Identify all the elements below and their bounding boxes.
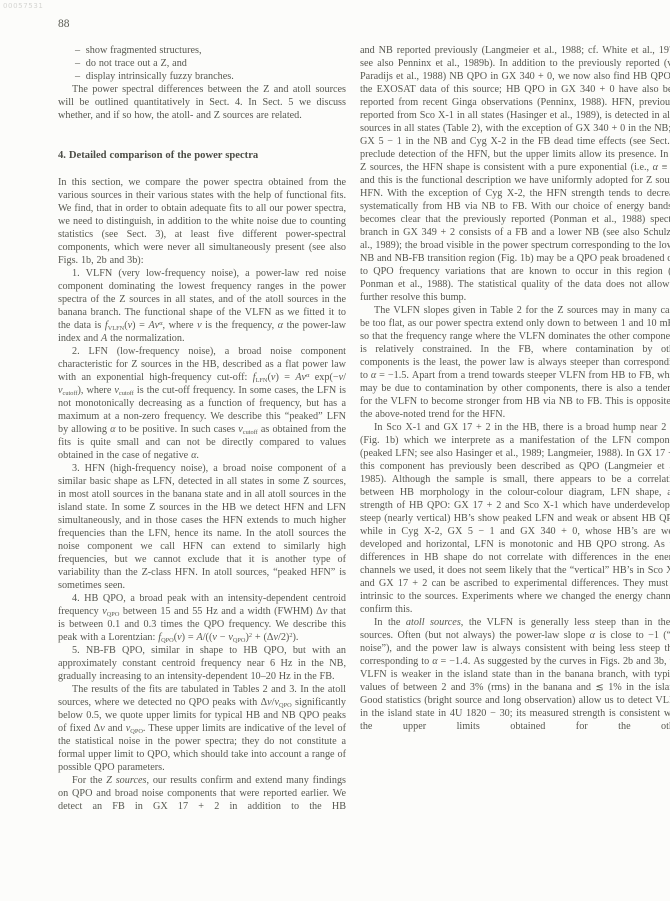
paragraph: In Sco X-1 and GX 17 + 2 in the HB, ther… xyxy=(360,421,670,616)
list-item: – do not trace out a Z, and xyxy=(58,57,346,70)
section-heading: 4. Detailed comparison of the power spec… xyxy=(58,149,346,162)
paragraph: In the atoll sources, the VLFN is genera… xyxy=(360,616,670,733)
list-item: – show fragmented structures, xyxy=(58,44,346,57)
page-number: 88 xyxy=(58,18,70,30)
numbered-item: 2. LFN (low-frequency noise), a broad no… xyxy=(58,345,346,462)
right-column: and NB reported previously (Langmeier et… xyxy=(360,44,670,813)
paragraph: The results of the fits are tabulated in… xyxy=(58,683,346,774)
scan-artifact-number: 00057531 xyxy=(3,2,43,10)
paragraph: and NB reported previously (Langmeier et… xyxy=(360,44,670,304)
numbered-item: 3. HFN (high-frequency noise), a broad n… xyxy=(58,462,346,592)
numbered-item: 1. VLFN (very low-frequency noise), a po… xyxy=(58,267,346,345)
paragraph: For the Z sources, our results confirm a… xyxy=(58,774,346,813)
two-column-layout: – show fragmented structures, – do not t… xyxy=(58,44,670,813)
numbered-item: 5. NB-FB QPO, similar in shape to HB QPO… xyxy=(58,644,346,683)
paragraph: In this section, we compare the power sp… xyxy=(58,176,346,267)
journal-page: 00057531 88 – show fragmented structures… xyxy=(0,0,670,901)
paragraph: The power spectral differences between t… xyxy=(58,83,346,122)
numbered-item: 4. HB QPO, a broad peak with an intensit… xyxy=(58,592,346,644)
left-column: – show fragmented structures, – do not t… xyxy=(58,44,346,813)
paragraph: The VLFN slopes given in Table 2 for the… xyxy=(360,304,670,421)
list-item: – display intrinsically fuzzy branches. xyxy=(58,70,346,83)
